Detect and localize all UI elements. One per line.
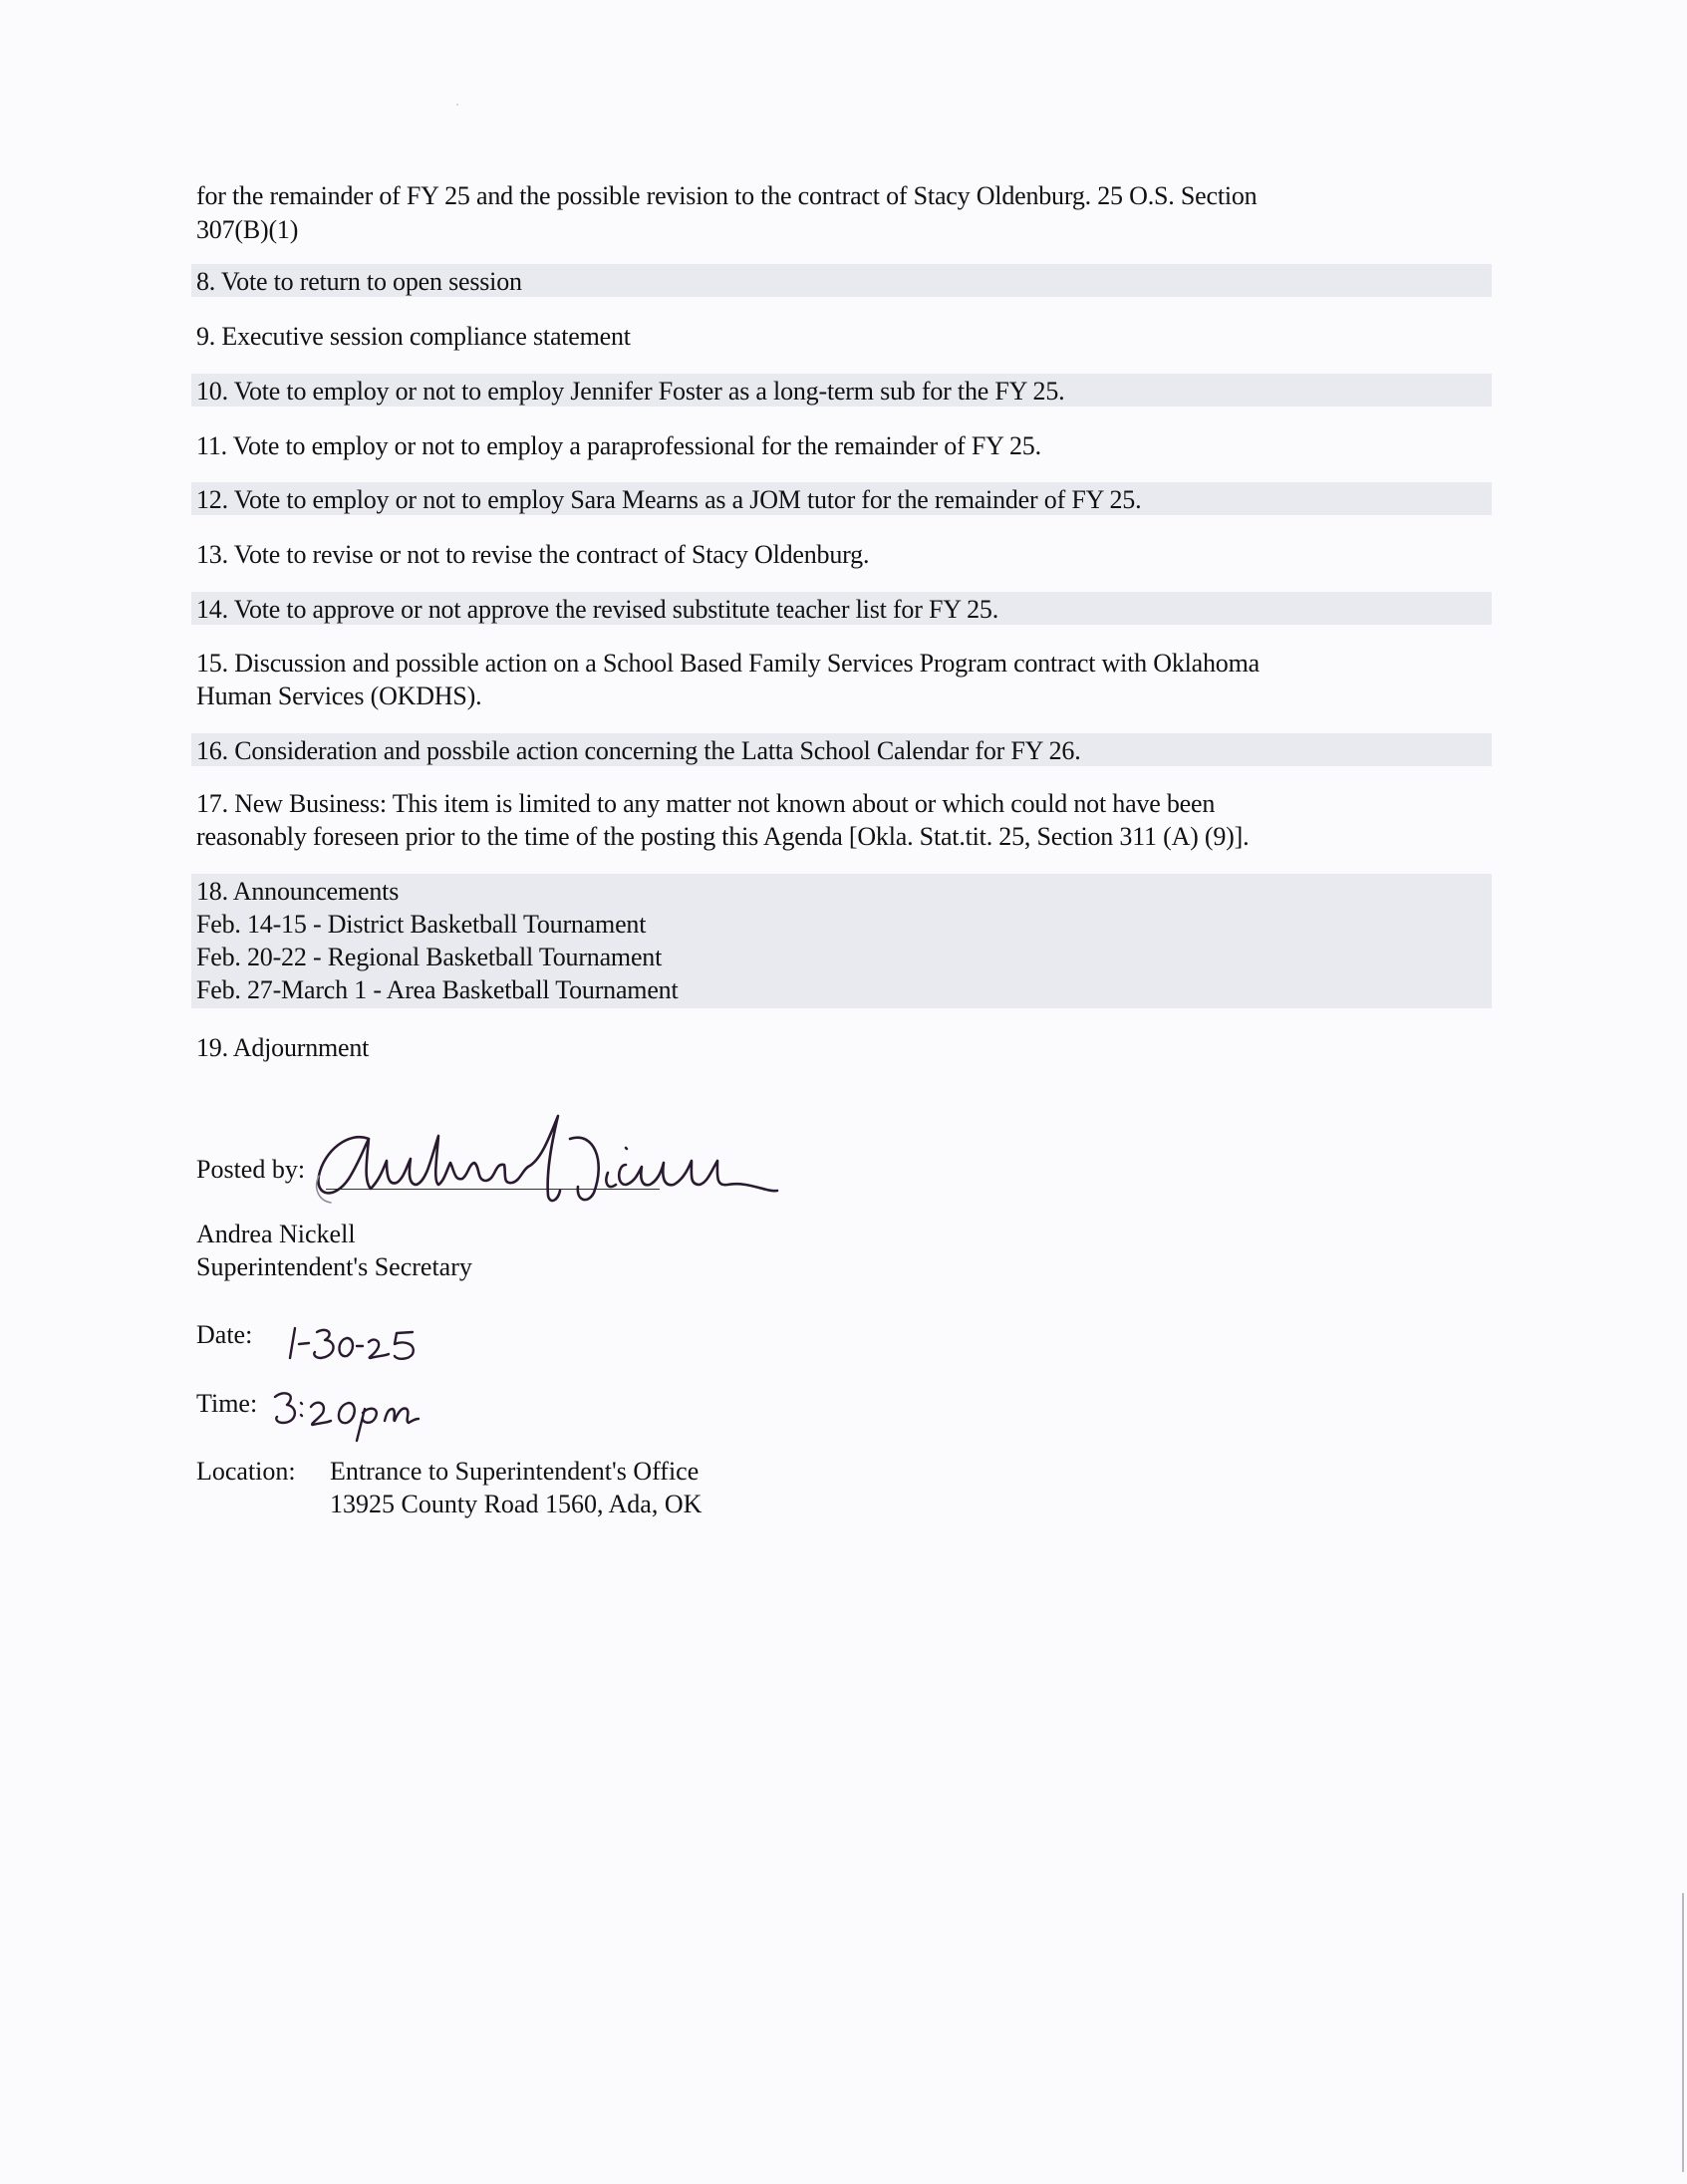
agenda-item-9: 9. Executive session compliance statemen…	[196, 320, 631, 353]
announcement-regional: Feb. 20-22 - Regional Basketball Tournam…	[196, 941, 662, 973]
agenda-item-14: 14. Vote to approve or not approve the r…	[196, 593, 998, 626]
location-line-1: Entrance to Superintendent's Office	[330, 1455, 699, 1488]
agenda-page: for the remainder of FY 25 and the possi…	[0, 0, 1687, 2184]
agenda-item-10: 10. Vote to employ or not to employ Jenn…	[196, 375, 1064, 408]
agenda-item-8: 8. Vote to return to open session	[196, 265, 522, 298]
agenda-item-18-heading: 18. Announcements	[196, 875, 399, 908]
date-label: Date:	[196, 1318, 252, 1351]
location-label: Location:	[196, 1455, 296, 1488]
scan-edge	[1682, 1893, 1684, 2172]
agenda-item-17-line-1: 17. New Business: This item is limited t…	[196, 787, 1215, 820]
announcement-area: Feb. 27-March 1 - Area Basketball Tourna…	[196, 973, 679, 1006]
agenda-item-11: 11. Vote to employ or not to employ a pa…	[196, 429, 1041, 462]
signature	[309, 1101, 887, 1211]
announcement-district: Feb. 14-15 - District Basketball Tournam…	[196, 908, 646, 941]
agenda-item-12: 12. Vote to employ or not to employ Sara…	[196, 483, 1141, 516]
posted-by-label: Posted by:	[196, 1153, 305, 1186]
time-label: Time:	[196, 1387, 257, 1420]
location-line-2: 13925 County Road 1560, Ada, OK	[330, 1488, 702, 1520]
scan-speck	[456, 104, 458, 106]
agenda-item-15-line-2: Human Services (OKDHS).	[196, 680, 481, 712]
poster-title: Superintendent's Secretary	[196, 1250, 472, 1283]
agenda-item-17-line-2: reasonably foreseen prior to the time of…	[196, 820, 1249, 853]
agenda-item-15-line-1: 15. Discussion and possible action on a …	[196, 647, 1260, 680]
handwritten-time: 3:20pm	[269, 1385, 448, 1445]
agenda-item-19: 19. Adjournment	[196, 1031, 369, 1064]
item-7-continuation-line-2: 307(B)(1)	[196, 213, 298, 246]
item-7-continuation-line-1: for the remainder of FY 25 and the possi…	[196, 179, 1257, 212]
poster-name: Andrea Nickell	[196, 1218, 356, 1250]
agenda-item-16: 16. Consideration and possbile action co…	[196, 734, 1081, 767]
handwritten-date: 1-30-25	[285, 1320, 459, 1365]
agenda-item-13: 13. Vote to revise or not to revise the …	[196, 538, 869, 571]
